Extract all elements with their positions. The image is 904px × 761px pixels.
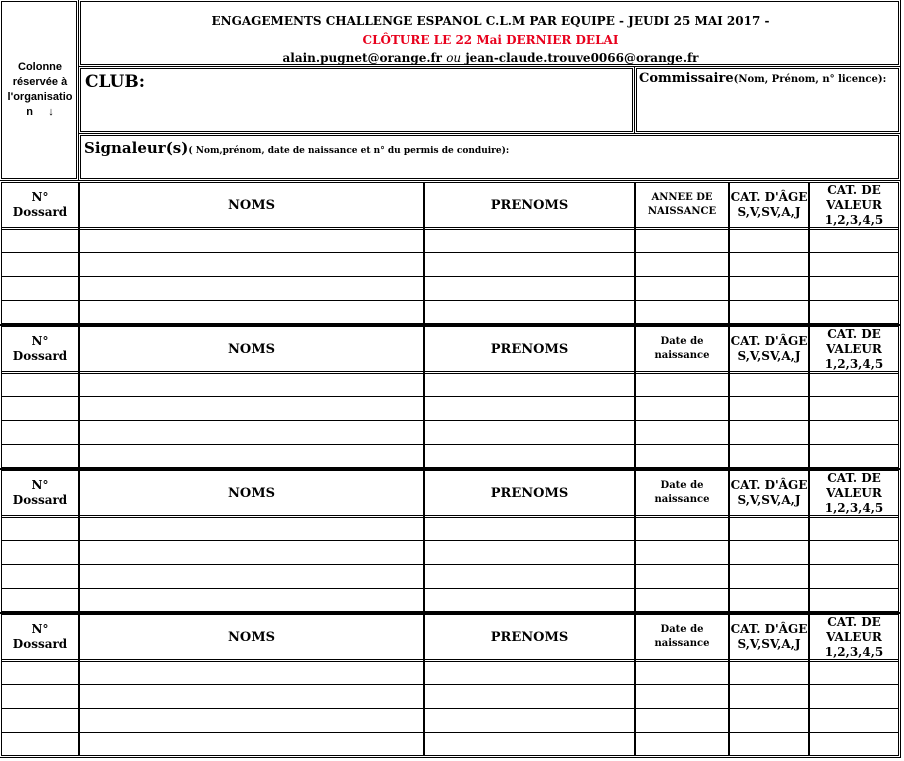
entry-cell-cat_valeur[interactable] xyxy=(811,278,897,299)
entry-cell-cat_age[interactable] xyxy=(731,590,807,611)
row-divider xyxy=(1,420,899,421)
row-divider xyxy=(1,732,899,733)
entry-cell-naissance[interactable] xyxy=(637,374,727,395)
header-divider xyxy=(1,515,899,516)
entry-cell-naissance[interactable] xyxy=(637,230,727,251)
column-divider xyxy=(728,182,730,324)
column-header-cat_valeur: CAT. DEVALEUR1,2,3,4,5 xyxy=(809,614,899,660)
column-divider xyxy=(634,182,636,324)
entry-cell-nom[interactable] xyxy=(81,734,422,755)
header-divider xyxy=(1,659,899,660)
column-header-naissance: Date denaissance xyxy=(635,614,729,660)
column-header-dossard: N°Dossard xyxy=(1,182,79,228)
entry-cell-cat_age[interactable] xyxy=(731,662,807,683)
entry-cell-dossard[interactable] xyxy=(3,518,77,539)
entry-cell-nom[interactable] xyxy=(81,518,422,539)
entry-cell-prenom[interactable] xyxy=(426,254,633,275)
entry-cell-cat_valeur[interactable] xyxy=(811,398,897,419)
entry-cell-prenom[interactable] xyxy=(426,662,633,683)
entry-cell-cat_age[interactable] xyxy=(731,710,807,731)
entry-cell-nom[interactable] xyxy=(81,422,422,443)
entry-cell-dossard[interactable] xyxy=(3,302,77,323)
row-divider xyxy=(1,252,899,253)
entry-cell-prenom[interactable] xyxy=(426,278,633,299)
column-divider xyxy=(808,182,810,324)
entry-cell-cat_age[interactable] xyxy=(731,686,807,707)
entry-cell-cat_valeur[interactable] xyxy=(811,734,897,755)
entry-cell-dossard[interactable] xyxy=(3,590,77,611)
entry-cell-nom[interactable] xyxy=(81,254,422,275)
entry-cell-naissance[interactable] xyxy=(637,278,727,299)
column-divider xyxy=(808,614,810,756)
entry-cell-naissance[interactable] xyxy=(637,710,727,731)
entry-cell-naissance[interactable] xyxy=(637,302,727,323)
entry-cell-dossard[interactable] xyxy=(3,422,77,443)
event-title: ENGAGEMENTS CHALLENGE ESPANOL C.L.M PAR … xyxy=(81,14,900,28)
column-header-noms: NOMS xyxy=(79,470,424,516)
entry-cell-dossard[interactable] xyxy=(3,686,77,707)
entry-cell-prenom[interactable] xyxy=(426,518,633,539)
header-divider xyxy=(1,227,899,228)
contact-email-2[interactable]: jean-claude.trouve0066@orange.fr xyxy=(465,51,698,65)
entry-cell-dossard[interactable] xyxy=(3,398,77,419)
entry-cell-naissance[interactable] xyxy=(637,686,727,707)
contact-separator: ou xyxy=(446,51,461,65)
entry-cell-naissance[interactable] xyxy=(637,734,727,755)
entry-cell-naissance[interactable] xyxy=(637,518,727,539)
column-header-naissance: Date denaissance xyxy=(635,470,729,516)
column-divider xyxy=(808,326,810,468)
signaleurs-field[interactable]: Signaleur(s)( Nom,prénom, date de naissa… xyxy=(80,135,899,179)
column-header-cat_age: CAT. D'ÂGES,V,SV,A,J xyxy=(729,470,809,516)
entry-cell-cat_age[interactable] xyxy=(731,230,807,251)
row-divider xyxy=(1,684,899,685)
entry-cell-naissance[interactable] xyxy=(637,422,727,443)
row-divider xyxy=(1,708,899,709)
header-divider xyxy=(1,371,899,372)
column-divider xyxy=(634,614,636,756)
column-header-naissance: ANNEE DENAISSANCE xyxy=(635,182,729,228)
column-header-naissance: Date denaissance xyxy=(635,326,729,372)
entry-cell-cat_age[interactable] xyxy=(731,542,807,563)
entry-cell-cat_age[interactable] xyxy=(731,734,807,755)
column-header-cat_age: CAT. D'ÂGES,V,SV,A,J xyxy=(729,326,809,372)
entry-cell-dossard[interactable] xyxy=(3,734,77,755)
entry-cell-naissance[interactable] xyxy=(637,590,727,611)
column-header-cat_age: CAT. D'ÂGES,V,SV,A,J xyxy=(729,182,809,228)
entry-cell-prenom[interactable] xyxy=(426,542,633,563)
column-divider xyxy=(808,470,810,612)
column-divider xyxy=(423,326,425,468)
entry-cell-cat_valeur[interactable] xyxy=(811,446,897,467)
column-header-prenoms: PRENOMS xyxy=(424,614,635,660)
entry-cell-prenom[interactable] xyxy=(426,374,633,395)
entry-cell-cat_valeur[interactable] xyxy=(811,374,897,395)
commissaire-label: Commissaire(Nom, Prénom, n° licence): xyxy=(639,71,889,88)
entry-cell-nom[interactable] xyxy=(81,590,422,611)
entry-cell-nom[interactable] xyxy=(81,542,422,563)
entry-cell-cat_age[interactable] xyxy=(731,254,807,275)
entry-cell-prenom[interactable] xyxy=(426,566,633,587)
column-header-dossard: N°Dossard xyxy=(1,470,79,516)
commissaire-field[interactable]: Commissaire(Nom, Prénom, n° licence): xyxy=(636,68,899,132)
entry-cell-nom[interactable] xyxy=(81,278,422,299)
entry-cell-naissance[interactable] xyxy=(637,542,727,563)
org-column-cell: Colonne réservée à l'organisatio n ↓ xyxy=(1,1,77,179)
entry-cell-dossard[interactable] xyxy=(3,230,77,251)
org-column-label: Colonne réservée à l'organisatio n ↓ xyxy=(2,60,78,120)
entry-cell-dossard[interactable] xyxy=(3,710,77,731)
entry-cell-prenom[interactable] xyxy=(426,422,633,443)
entry-cell-dossard[interactable] xyxy=(3,374,77,395)
entry-cell-nom[interactable] xyxy=(81,398,422,419)
row-divider xyxy=(1,540,899,541)
entry-cell-cat_valeur[interactable] xyxy=(811,518,897,539)
column-divider xyxy=(423,182,425,324)
column-divider xyxy=(728,326,730,468)
entry-cell-dossard[interactable] xyxy=(3,446,77,467)
row-divider xyxy=(1,396,899,397)
entry-cell-dossard[interactable] xyxy=(3,542,77,563)
column-divider xyxy=(728,614,730,756)
contact-emails: alain.pugnet@orange.fr ou jean-claude.tr… xyxy=(81,51,900,65)
entry-cell-cat_age[interactable] xyxy=(731,566,807,587)
entry-cell-naissance[interactable] xyxy=(637,254,727,275)
entry-cell-cat_valeur[interactable] xyxy=(811,542,897,563)
entry-cell-naissance[interactable] xyxy=(637,662,727,683)
column-divider xyxy=(78,470,80,612)
entry-cell-naissance[interactable] xyxy=(637,398,727,419)
entry-cell-dossard[interactable] xyxy=(3,662,77,683)
entry-cell-nom[interactable] xyxy=(81,662,422,683)
entry-cell-dossard[interactable] xyxy=(3,278,77,299)
signaleurs-label: Signaleur(s)( Nom,prénom, date de naissa… xyxy=(84,138,509,157)
column-divider xyxy=(423,614,425,756)
entry-cell-prenom[interactable] xyxy=(426,734,633,755)
entry-cell-cat_age[interactable] xyxy=(731,518,807,539)
entry-cell-cat_age[interactable] xyxy=(731,398,807,419)
entry-cell-cat_valeur[interactable] xyxy=(811,710,897,731)
entry-cell-cat_valeur[interactable] xyxy=(811,422,897,443)
column-divider xyxy=(78,182,80,324)
column-header-prenoms: PRENOMS xyxy=(424,326,635,372)
column-divider xyxy=(423,470,425,612)
column-header-cat_age: CAT. D'ÂGES,V,SV,A,J xyxy=(729,614,809,660)
column-header-cat_valeur: CAT. DEVALEUR1,2,3,4,5 xyxy=(809,470,899,516)
column-header-cat_valeur: CAT. DEVALEUR1,2,3,4,5 xyxy=(809,326,899,372)
entry-cell-cat_valeur[interactable] xyxy=(811,590,897,611)
entry-cell-cat_valeur[interactable] xyxy=(811,302,897,323)
entry-cell-cat_valeur[interactable] xyxy=(811,686,897,707)
club-field[interactable]: CLUB: xyxy=(80,68,633,132)
column-divider xyxy=(78,326,80,468)
column-header-prenoms: PRENOMS xyxy=(424,470,635,516)
entry-cell-cat_valeur[interactable] xyxy=(811,230,897,251)
row-divider xyxy=(1,300,899,301)
column-divider xyxy=(78,614,80,756)
entry-cell-prenom[interactable] xyxy=(426,398,633,419)
entry-cell-nom[interactable] xyxy=(81,230,422,251)
row-divider xyxy=(1,444,899,445)
entry-cell-naissance[interactable] xyxy=(637,566,727,587)
column-header-cat_valeur: CAT. DEVALEUR1,2,3,4,5 xyxy=(809,182,899,228)
header-title-block: ENGAGEMENTS CHALLENGE ESPANOL C.L.M PAR … xyxy=(80,1,899,65)
column-header-noms: NOMS xyxy=(79,326,424,372)
club-label: CLUB: xyxy=(85,72,145,92)
column-header-noms: NOMS xyxy=(79,614,424,660)
entry-cell-dossard[interactable] xyxy=(3,254,77,275)
entry-cell-cat_age[interactable] xyxy=(731,422,807,443)
entry-cell-naissance[interactable] xyxy=(637,446,727,467)
column-header-dossard: N°Dossard xyxy=(1,326,79,372)
entry-cell-nom[interactable] xyxy=(81,302,422,323)
column-divider xyxy=(634,326,636,468)
entry-cell-nom[interactable] xyxy=(81,446,422,467)
entry-cell-prenom[interactable] xyxy=(426,302,633,323)
entry-cell-nom[interactable] xyxy=(81,710,422,731)
column-divider xyxy=(634,470,636,612)
column-header-prenoms: PRENOMS xyxy=(424,182,635,228)
entry-cell-prenom[interactable] xyxy=(426,590,633,611)
entry-cell-dossard[interactable] xyxy=(3,566,77,587)
column-header-dossard: N°Dossard xyxy=(1,614,79,660)
entry-cell-nom[interactable] xyxy=(81,566,422,587)
entry-cell-cat_valeur[interactable] xyxy=(811,566,897,587)
entry-cell-prenom[interactable] xyxy=(426,710,633,731)
entry-cell-cat_age[interactable] xyxy=(731,278,807,299)
deadline-notice: CLÔTURE LE 22 Mai DERNIER DELAI xyxy=(81,33,900,47)
entry-cell-nom[interactable] xyxy=(81,686,422,707)
row-divider xyxy=(1,276,899,277)
entry-cell-cat_age[interactable] xyxy=(731,302,807,323)
entry-cell-cat_age[interactable] xyxy=(731,446,807,467)
entry-cell-prenom[interactable] xyxy=(426,230,633,251)
entry-cell-cat_valeur[interactable] xyxy=(811,662,897,683)
entry-cell-nom[interactable] xyxy=(81,374,422,395)
row-divider xyxy=(1,588,899,589)
down-arrow-icon: ↓ xyxy=(48,106,54,118)
row-divider xyxy=(1,564,899,565)
entry-cell-cat_valeur[interactable] xyxy=(811,254,897,275)
column-divider xyxy=(728,470,730,612)
entry-cell-cat_age[interactable] xyxy=(731,374,807,395)
entry-cell-prenom[interactable] xyxy=(426,446,633,467)
contact-email-1[interactable]: alain.pugnet@orange.fr xyxy=(283,51,443,65)
entry-cell-prenom[interactable] xyxy=(426,686,633,707)
column-header-noms: NOMS xyxy=(79,182,424,228)
